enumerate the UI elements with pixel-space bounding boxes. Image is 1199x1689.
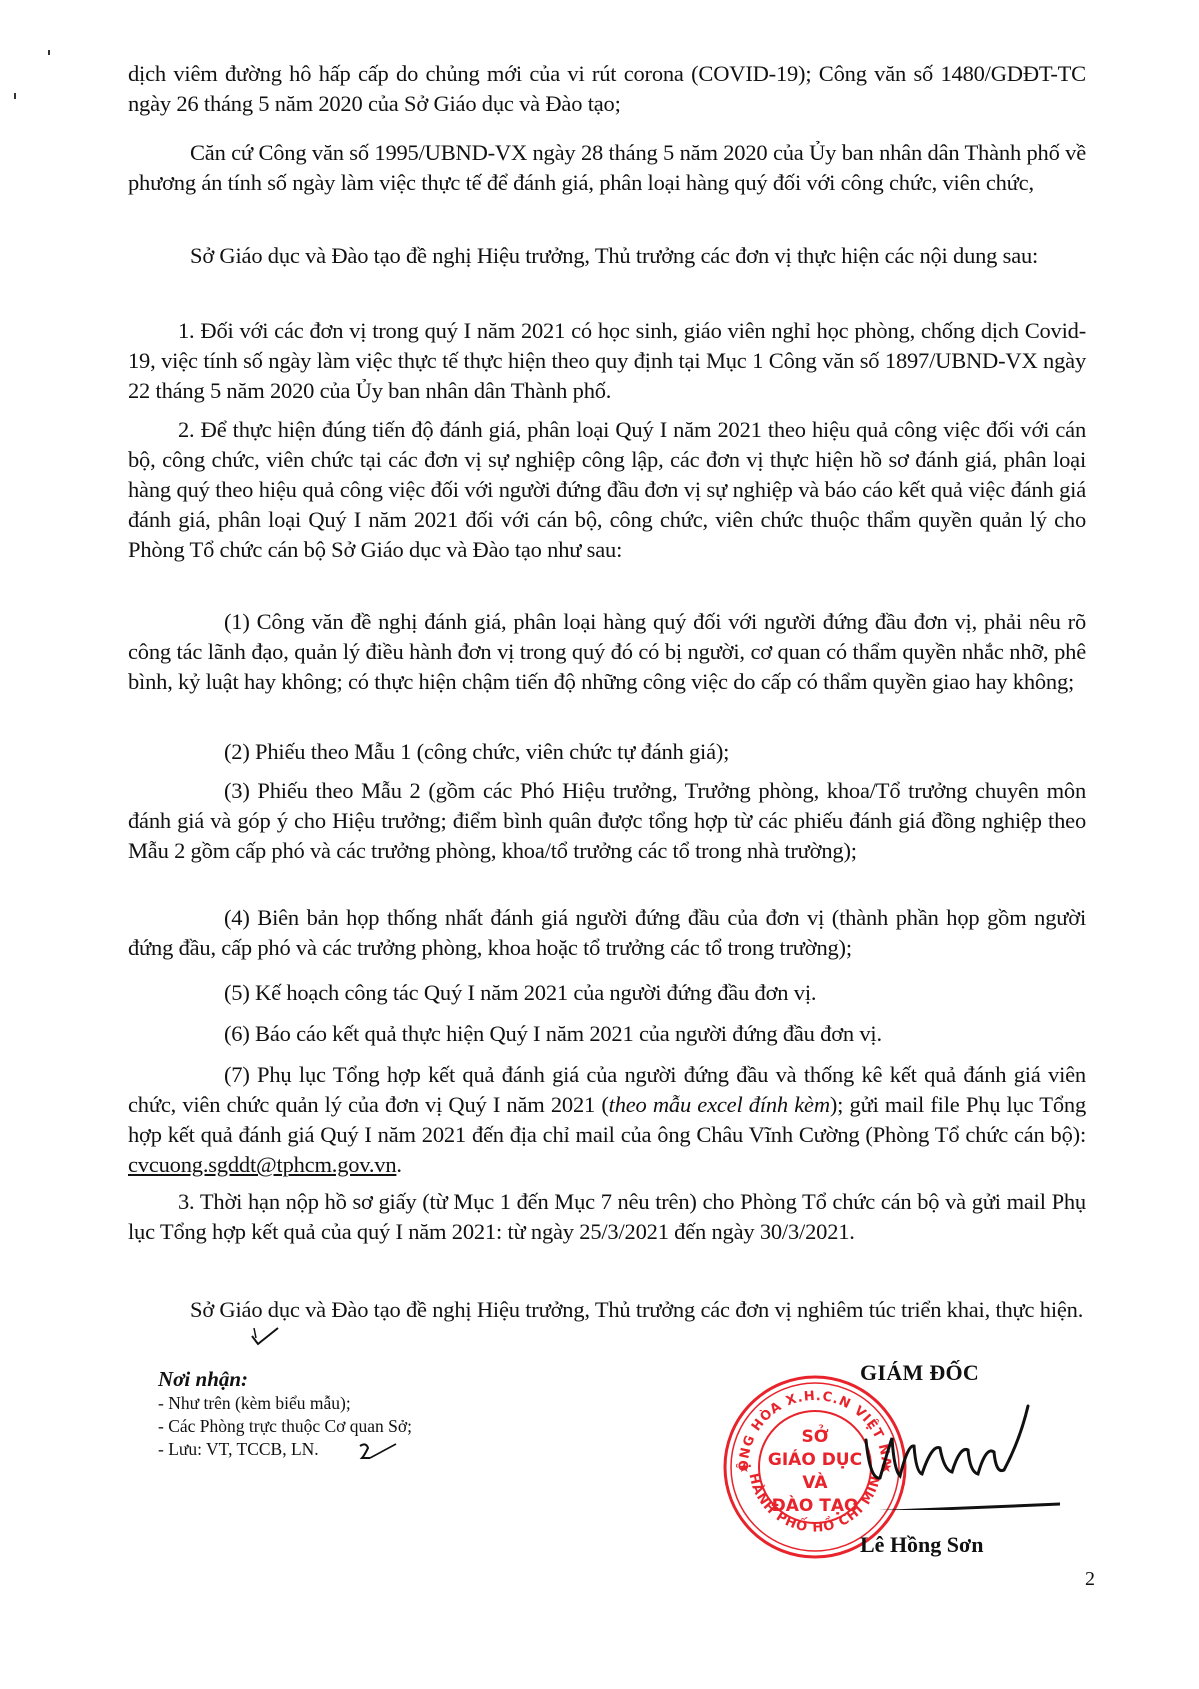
text: Sở Giáo dục và Đào tạo đề nghị Hiệu trưở… — [190, 1297, 1083, 1322]
text: 2. Để thực hiện đúng tiến độ đánh giá, p… — [128, 417, 1086, 562]
scan-mark — [48, 50, 50, 55]
paragraph-legal-basis-continued: dịch viêm đường hô hấp cấp do chủng mới … — [128, 59, 1086, 119]
signer-name: Lê Hồng Sơn — [860, 1532, 983, 1558]
text: (1) Công văn đề nghị đánh giá, phân loại… — [128, 609, 1086, 694]
paragraph-subitem-6: (6) Báo cáo kết quả thực hiện Quý I năm … — [128, 1019, 1086, 1049]
signature-title: GIÁM ĐỐC — [860, 1360, 979, 1386]
handwritten-initial-icon — [250, 1322, 280, 1346]
text: (6) Báo cáo kết quả thực hiện Quý I năm … — [224, 1021, 882, 1046]
recipients-title: Nơi nhận: — [158, 1366, 412, 1392]
handwritten-signature-icon — [860, 1400, 1060, 1510]
paragraph-subitem-2: (2) Phiếu theo Mẫu 1 (công chức, viên ch… — [128, 737, 1086, 767]
paragraph-legal-basis-1995: Căn cứ Công văn số 1995/UBND-VX ngày 28 … — [128, 138, 1086, 198]
text: (3) Phiếu theo Mẫu 2 (gồm các Phó Hiệu t… — [128, 778, 1086, 863]
italic-note: theo mẫu excel đính kèm — [609, 1092, 830, 1117]
paragraph-subitem-7: (7) Phụ lục Tổng hợp kết quả đánh giá củ… — [128, 1060, 1086, 1180]
paragraph-request-intro: Sở Giáo dục và Đào tạo đề nghị Hiệu trưở… — [128, 241, 1086, 271]
recipient-item: - Các Phòng trực thuộc Cơ quan Sở; — [158, 1415, 412, 1438]
recipient-item: - Như trên (kèm biểu mẫu); — [158, 1392, 412, 1415]
paragraph-subitem-5: (5) Kế hoạch công tác Quý I năm 2021 của… — [128, 978, 1086, 1008]
text: . — [396, 1152, 401, 1177]
text: (2) Phiếu theo Mẫu 1 (công chức, viên ch… — [224, 739, 729, 764]
stamp-line: VÀ — [802, 1471, 828, 1493]
paragraph-subitem-1: (1) Công văn đề nghị đánh giá, phân loại… — [128, 607, 1086, 697]
text: 1. Đối với các đơn vị trong quý I năm 20… — [128, 318, 1086, 403]
handwritten-initial-icon — [358, 1440, 398, 1462]
text: (4) Biên bản họp thống nhất đánh giá ngư… — [128, 905, 1086, 960]
text: 3. Thời hạn nộp hồ sơ giấy (từ Mục 1 đến… — [128, 1189, 1086, 1244]
paragraph-item-3: 3. Thời hạn nộp hồ sơ giấy (từ Mục 1 đến… — [128, 1187, 1086, 1247]
text: Căn cứ Công văn số 1995/UBND-VX ngày 28 … — [128, 140, 1086, 195]
paragraph-closing: Sở Giáo dục và Đào tạo đề nghị Hiệu trưở… — [128, 1295, 1086, 1325]
paragraph-subitem-4: (4) Biên bản họp thống nhất đánh giá ngư… — [128, 903, 1086, 963]
page-number: 2 — [1085, 1568, 1095, 1591]
paragraph-item-1: 1. Đối với các đơn vị trong quý I năm 20… — [128, 316, 1086, 406]
paragraph-item-2: 2. Để thực hiện đúng tiến độ đánh giá, p… — [128, 415, 1086, 565]
text: Sở Giáo dục và Đào tạo đề nghị Hiệu trưở… — [190, 243, 1038, 268]
signature-block: CỘNG HÒA X.H.C.N VIỆT NAM THÀNH PHỐ HỒ C… — [700, 1360, 1080, 1590]
document-page: dịch viêm đường hô hấp cấp do chủng mới … — [0, 0, 1199, 1689]
scan-mark — [14, 93, 16, 99]
paragraph-subitem-3: (3) Phiếu theo Mẫu 2 (gồm các Phó Hiệu t… — [128, 776, 1086, 866]
stamp-line: GIÁO DỤC — [768, 1448, 862, 1470]
stamp-line: SỞ — [801, 1423, 828, 1447]
stamp-line: ĐÀO TẠO — [772, 1494, 859, 1516]
svg-text:★: ★ — [738, 1460, 751, 1476]
email-link[interactable]: cvcuong.sgddt@tphcm.gov.vn — [128, 1152, 396, 1177]
text: (5) Kế hoạch công tác Quý I năm 2021 của… — [224, 980, 816, 1005]
